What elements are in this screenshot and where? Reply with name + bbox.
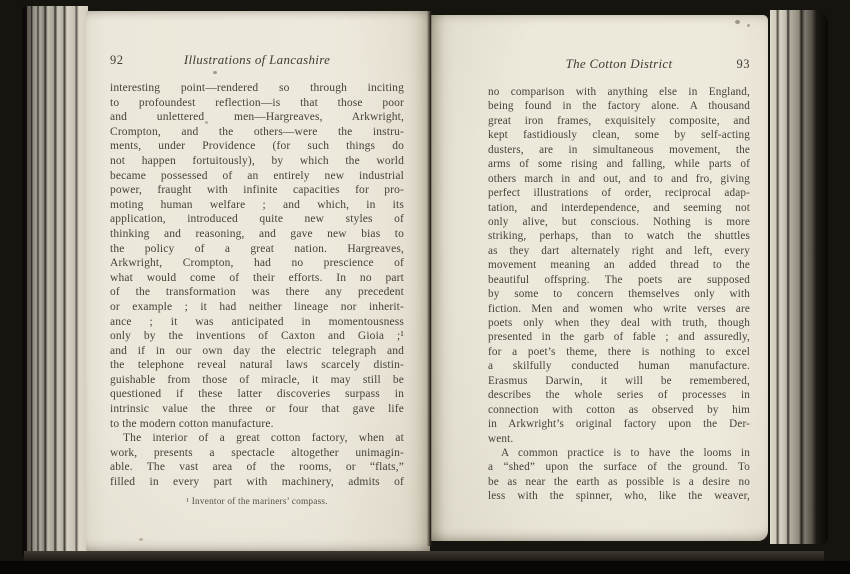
book-bottom-shadow [0,561,850,574]
text-line: only by the inventions of Caxton and Gio… [110,329,404,344]
text-line: to the modern cotton manufacture. [110,417,404,432]
text-line: beautiful offspring. The poets are suppo… [488,273,750,287]
text-line: the telephone reveal natural laws scarce… [110,358,404,373]
text-line: poets only when they deal with truth, th… [488,316,750,330]
text-line: for a poet’s theme, there is nothing to … [488,345,750,359]
text-line: by some to concern themselves only with [488,287,750,301]
text-line: went. [488,432,750,446]
text-line: able. The vast area of the rooms, or “fl… [110,460,404,475]
text-line: guishable from those of miracle, it may … [110,373,404,388]
text-line: tation, and interdependence, and seeming… [488,201,750,215]
text-line: a skilfully conducted human manufacture. [488,359,750,373]
book-gutter [427,11,432,546]
text-line: moting human welfare ; and which, in its [110,198,404,213]
paper-speck [735,20,740,24]
text-line: perfect illustrations of order, reciproc… [488,186,750,200]
text-line: interesting point—rendered so through in… [110,81,404,96]
text-line: dusters, are in simultaneous movement, t… [488,143,750,157]
page-edge-stack-right [770,10,828,544]
text-line: work, presents a spectacle altogether un… [110,446,404,461]
text-line: arms of some rising and falling, while p… [488,157,750,171]
text-line: describes the whole series of processes … [488,388,750,402]
right-page-header: The Cotton District 93 [488,56,750,73]
text-line: became possessed of an entirely new indu… [110,169,404,184]
text-line: questioned if these latter discoveries s… [110,387,404,402]
text-line: and if in our own day the electric teleg… [110,344,404,359]
text-line: ance ; it was anticipated in momentousne… [110,315,404,330]
page-edge-stack-left [22,6,88,556]
text-line: The interior of a great cotton factory, … [110,431,404,446]
text-line: great iron frames, exquisitely composite… [488,114,750,128]
text-line: others march in and out, and to and fro,… [488,172,750,186]
text-line: filled in every part with machinery, adm… [110,475,404,490]
right-page-text: The Cotton District 93 no comparison wit… [488,56,750,504]
text-line: presented in the garb of fable ; and ass… [488,330,750,344]
page-number-right: 93 [706,57,750,72]
text-line: be as near the earth as possible is a de… [488,475,750,489]
text-line: less with the spinner, who, like the wea… [488,489,750,503]
book-photo: 92 Illustrations of Lancashire interesti… [0,0,850,574]
left-page-header: 92 Illustrations of Lancashire [110,52,404,69]
text-line: or example ; it had neither lineage nor … [110,300,404,315]
text-line: application, introduced quite new styles… [110,212,404,227]
text-line: the policy of a great nation. Hargreaves… [110,242,404,257]
footnote: ¹ Inventor of the mariners’ compass. [110,497,404,507]
text-line: connection with cotton as observed by hi… [488,403,750,417]
text-line: a “shed” upon the surface of the ground.… [488,460,750,474]
text-line: ments, under Providence (for such things… [110,139,404,154]
text-line: thinking and reasoning, and gave new bia… [110,227,404,242]
text-line: and unlettered men—Hargreaves, Arkwright… [110,110,404,125]
running-header-right: The Cotton District [532,56,706,72]
text-line: what would come of their efforts. In no … [110,271,404,286]
text-line: no comparison with anything else in Engl… [488,85,750,99]
left-page-text: 92 Illustrations of Lancashire interesti… [110,52,404,507]
text-line: striking, perhaps, than to watch the shu… [488,229,750,243]
text-line: Crompton, and the others—were the instru… [110,125,404,140]
body-text-right: no comparison with anything else in Engl… [488,85,750,504]
text-line: fiction. Men and women who write verses … [488,302,750,316]
text-line: Arkwright, Crompton, had no prescience o… [110,256,404,271]
text-line: being found in the factory alone. A thou… [488,99,750,113]
paper-speck [139,538,143,541]
text-line: Erasmus Darwin, it will be remembered, [488,374,750,388]
text-line: not happen fortuitously), by which the w… [110,154,404,169]
page-number-left: 92 [110,53,154,68]
text-line: of the transformation was there any prec… [110,285,404,300]
text-line: A common practice is to have the looms i… [488,446,750,460]
text-line: kept fastidiously clean, some by self-ac… [488,128,750,142]
text-line: intrinsic value the three or four that g… [110,402,404,417]
paper-speck [747,24,750,27]
text-line: to profoundest reflection—is that those … [110,96,404,111]
text-line: in Arkwright’s original factory upon the… [488,417,750,431]
text-line: power, fraught with infinite capacities … [110,183,404,198]
text-line: movement meaning an added thread to the [488,258,750,272]
running-header-left: Illustrations of Lancashire [154,52,360,68]
text-line: only alive, but conscious. Nothing is mo… [488,215,750,229]
text-line: as they dart alternately right and left,… [488,244,750,258]
body-text-left: interesting point—rendered so through in… [110,81,404,490]
